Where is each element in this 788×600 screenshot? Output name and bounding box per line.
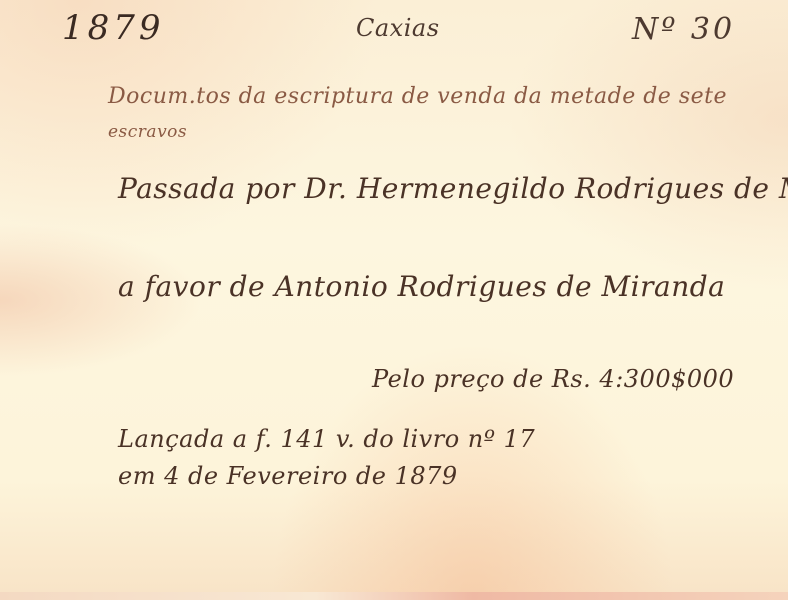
- document-year: 1879: [62, 8, 165, 48]
- price-line: Pelo preço de Rs. 4:300$000: [372, 365, 734, 393]
- document-page: 1879 Caxias Nº 30 Docum.tos da escriptur…: [0, 0, 788, 600]
- document-place: Caxias: [356, 14, 440, 42]
- paper-bottom-edge: [0, 592, 788, 600]
- document-number: Nº 30: [632, 12, 735, 47]
- registry-line-1: Lançada a f. 141 v. do livro nº 17: [118, 425, 535, 453]
- registry-line-2: em 4 de Fevereiro de 1879: [118, 462, 458, 490]
- description-line-1: Docum.tos da escriptura de venda da meta…: [108, 84, 727, 109]
- description-line-2: escravos: [108, 122, 187, 142]
- party-line-1: Passada por Dr. Hermenegildo Rodrigues d…: [118, 172, 788, 205]
- party-line-2: a favor de Antonio Rodrigues de Miranda: [118, 270, 725, 303]
